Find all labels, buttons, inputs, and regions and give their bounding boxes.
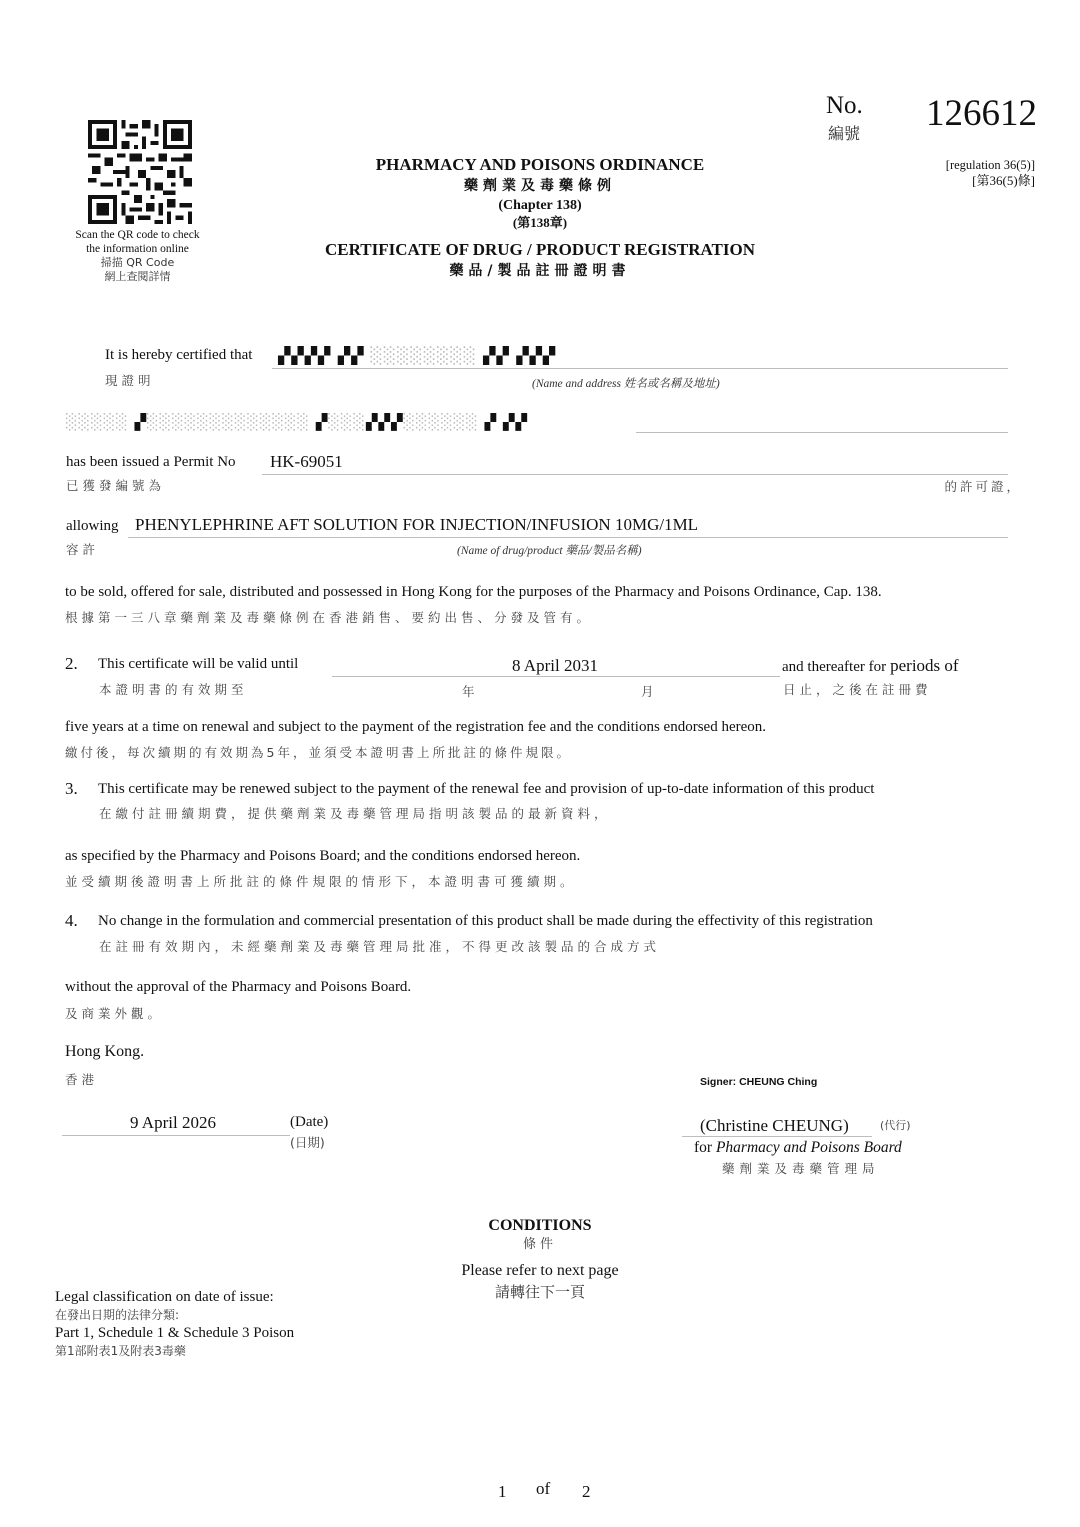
conditions-note-zh: 請轉往下一頁 — [390, 1282, 690, 1302]
clause2-after-en-b: periods of — [890, 656, 958, 675]
clause2-cont-en: five years at a time on renewal and subj… — [65, 719, 766, 736]
board-name-zh: 藥劑業及毒藥管理局 — [722, 1159, 880, 1177]
year-zh: 年 — [462, 682, 479, 700]
permit-number: HK-69051 — [270, 452, 343, 472]
regulation-ref: [regulation 36(5)] [第36(5)條] — [946, 157, 1035, 189]
month-zh: 月 — [641, 682, 658, 700]
place-zh: 香港 — [65, 1070, 98, 1088]
clause3-en: This certificate may be renewed subject … — [98, 781, 874, 798]
classification-label-zh: 在發出日期的法律分類: — [55, 1306, 294, 1324]
valid-until-date: 8 April 2031 — [512, 656, 598, 676]
product-underline — [128, 537, 1008, 538]
address-underline — [636, 432, 1008, 433]
product-name: PHENYLEPHRINE AFT SOLUTION FOR INJECTION… — [135, 515, 698, 535]
product-label-en: allowing — [66, 518, 119, 535]
conditions-note-en: Please refer to next page — [390, 1260, 690, 1282]
certified-address-redacted: ░░░░░ ▞░░░░░░░░░░░░░ ▞░░░▞▞▞░░░░░░ ▞ ▞▞ — [66, 413, 528, 431]
regulation-ref-en: [regulation 36(5)] — [946, 157, 1035, 173]
classification-value-en: Part 1, Schedule 1 & Schedule 3 Poison — [55, 1324, 294, 1342]
clause2-en: This certificate will be valid until — [98, 656, 298, 673]
date-label-en: (Date) — [290, 1114, 328, 1131]
clause2-after-zh: 日止，之後在註冊費 — [783, 680, 932, 698]
classification-value-zh: 第1部附表1及附表3毒藥 — [55, 1342, 294, 1360]
certificate-title-en: CERTIFICATE OF DRUG / PRODUCT REGISTRATI… — [290, 239, 790, 261]
qr-caption-zh-1: 掃描 QR Code — [55, 256, 220, 270]
number-label-zh: 編號 — [828, 121, 860, 144]
clause4-cont-zh: 及商業外觀。 — [65, 1004, 164, 1022]
qr-caption-en-2: the information online — [55, 242, 220, 256]
clause2-after-en: and thereafter for periods of — [782, 656, 959, 676]
clause3-cont-zh: 並受續期後證明書上所批註的條件規限的情形下，本證明書可獲續期。 — [65, 872, 577, 890]
certify-label-zh: 現證明 — [105, 371, 155, 389]
conditions-title-zh: 條件 — [390, 1235, 690, 1255]
ordinance-title-zh: 藥劑業及毒藥條例 — [290, 175, 790, 197]
permit-label-zh: 已獲發編號為 — [66, 476, 165, 494]
date-underline — [62, 1135, 290, 1136]
clause4-en: No change in the formulation and commerc… — [98, 913, 873, 930]
page-total: 2 — [582, 1482, 591, 1502]
qr-caption: Scan the QR code to check the informatio… — [55, 228, 220, 284]
issue-date: 9 April 2026 — [130, 1113, 216, 1133]
certified-name-redacted: ▞▞▞▞ ▞▞ ░░░░░░░░ ▞▞ ▞▞▞ — [278, 346, 556, 365]
permit-label-en: has been issued a Permit No — [66, 454, 236, 471]
certify-label-en: It is hereby certified that — [105, 347, 252, 364]
product-hint: (Name of drug/product 藥品/製品名稱) — [457, 542, 642, 558]
legal-classification: Legal classification on date of issue: 在… — [55, 1288, 294, 1360]
name-underline — [272, 368, 1008, 369]
certificate-number: 126612 — [926, 92, 1037, 135]
signature-underline — [682, 1136, 872, 1137]
valid-until-underline — [332, 676, 780, 677]
page-current: 1 — [498, 1482, 507, 1502]
clause4-zh: 在註冊有效期內，未經藥劑業及毒藥管理局批准，不得更改該製品的合成方式 — [99, 937, 660, 955]
qr-caption-zh-2: 網上查閱詳情 — [55, 270, 220, 284]
paragraph1-zh: 根據第一三八章藥劑業及毒藥條例在香港銷售、要約出售、分發及管有。 — [65, 608, 593, 626]
qr-caption-en-1: Scan the QR code to check — [55, 228, 220, 242]
clause2-number: 2. — [65, 654, 78, 674]
clause4-cont-en: without the approval of the Pharmacy and… — [65, 979, 411, 996]
board-line: for Pharmacy and Poisons Board — [694, 1139, 902, 1157]
number-label-en: No. — [826, 92, 863, 120]
product-label-zh: 容許 — [66, 540, 99, 558]
document-header: PHARMACY AND POISONS ORDINANCE 藥劑業及毒藥條例 … — [290, 154, 790, 281]
name-address-hint: (Name and address 姓名或名稱及地址) — [532, 375, 720, 391]
regulation-ref-zh: [第36(5)條] — [946, 173, 1035, 189]
signer-name: Signer: CHEUNG Ching — [700, 1076, 817, 1088]
permit-underline — [262, 474, 1008, 475]
permit-suffix-zh: 的許可證， — [944, 477, 1022, 495]
paragraph1-en: to be sold, offered for sale, distribute… — [65, 584, 882, 601]
clause2-zh: 本證明書的有效期至 — [99, 680, 248, 698]
qr-code-icon[interactable] — [88, 120, 192, 224]
ordinance-title-en: PHARMACY AND POISONS ORDINANCE — [290, 154, 790, 175]
signatory-name: (Christine CHEUNG) — [700, 1116, 849, 1136]
place-en: Hong Kong. — [65, 1043, 144, 1061]
clause4-number: 4. — [65, 911, 78, 931]
board-for: for — [694, 1139, 712, 1156]
conditions-title-en: CONDITIONS — [390, 1217, 690, 1235]
clause3-zh: 在繳付註冊續期費，提供藥劑業及毒藥管理局指明該製品的最新資料， — [99, 804, 611, 822]
clause2-cont-zh: 繳付後，每次續期的有效期為5年，並須受本證明書上所批註的條件規限。 — [65, 743, 572, 761]
chapter-en: (Chapter 138) — [290, 197, 790, 214]
clause3-number: 3. — [65, 779, 78, 799]
clause3-cont-en: as specified by the Pharmacy and Poisons… — [65, 848, 580, 865]
board-name-en: Pharmacy and Poisons Board — [716, 1139, 902, 1156]
classification-label-en: Legal classification on date of issue: — [55, 1288, 294, 1306]
conditions-section: CONDITIONS 條件 Please refer to next page … — [390, 1217, 690, 1302]
clause2-after-en-a: and thereafter for — [782, 659, 886, 675]
chapter-zh: (第138章) — [290, 214, 790, 231]
acting-zh: (代行) — [880, 1117, 911, 1133]
certificate-title-zh: 藥品/製品註冊證明書 — [290, 261, 790, 281]
page-of: of — [536, 1479, 550, 1499]
date-label-zh: (日期) — [290, 1133, 325, 1151]
